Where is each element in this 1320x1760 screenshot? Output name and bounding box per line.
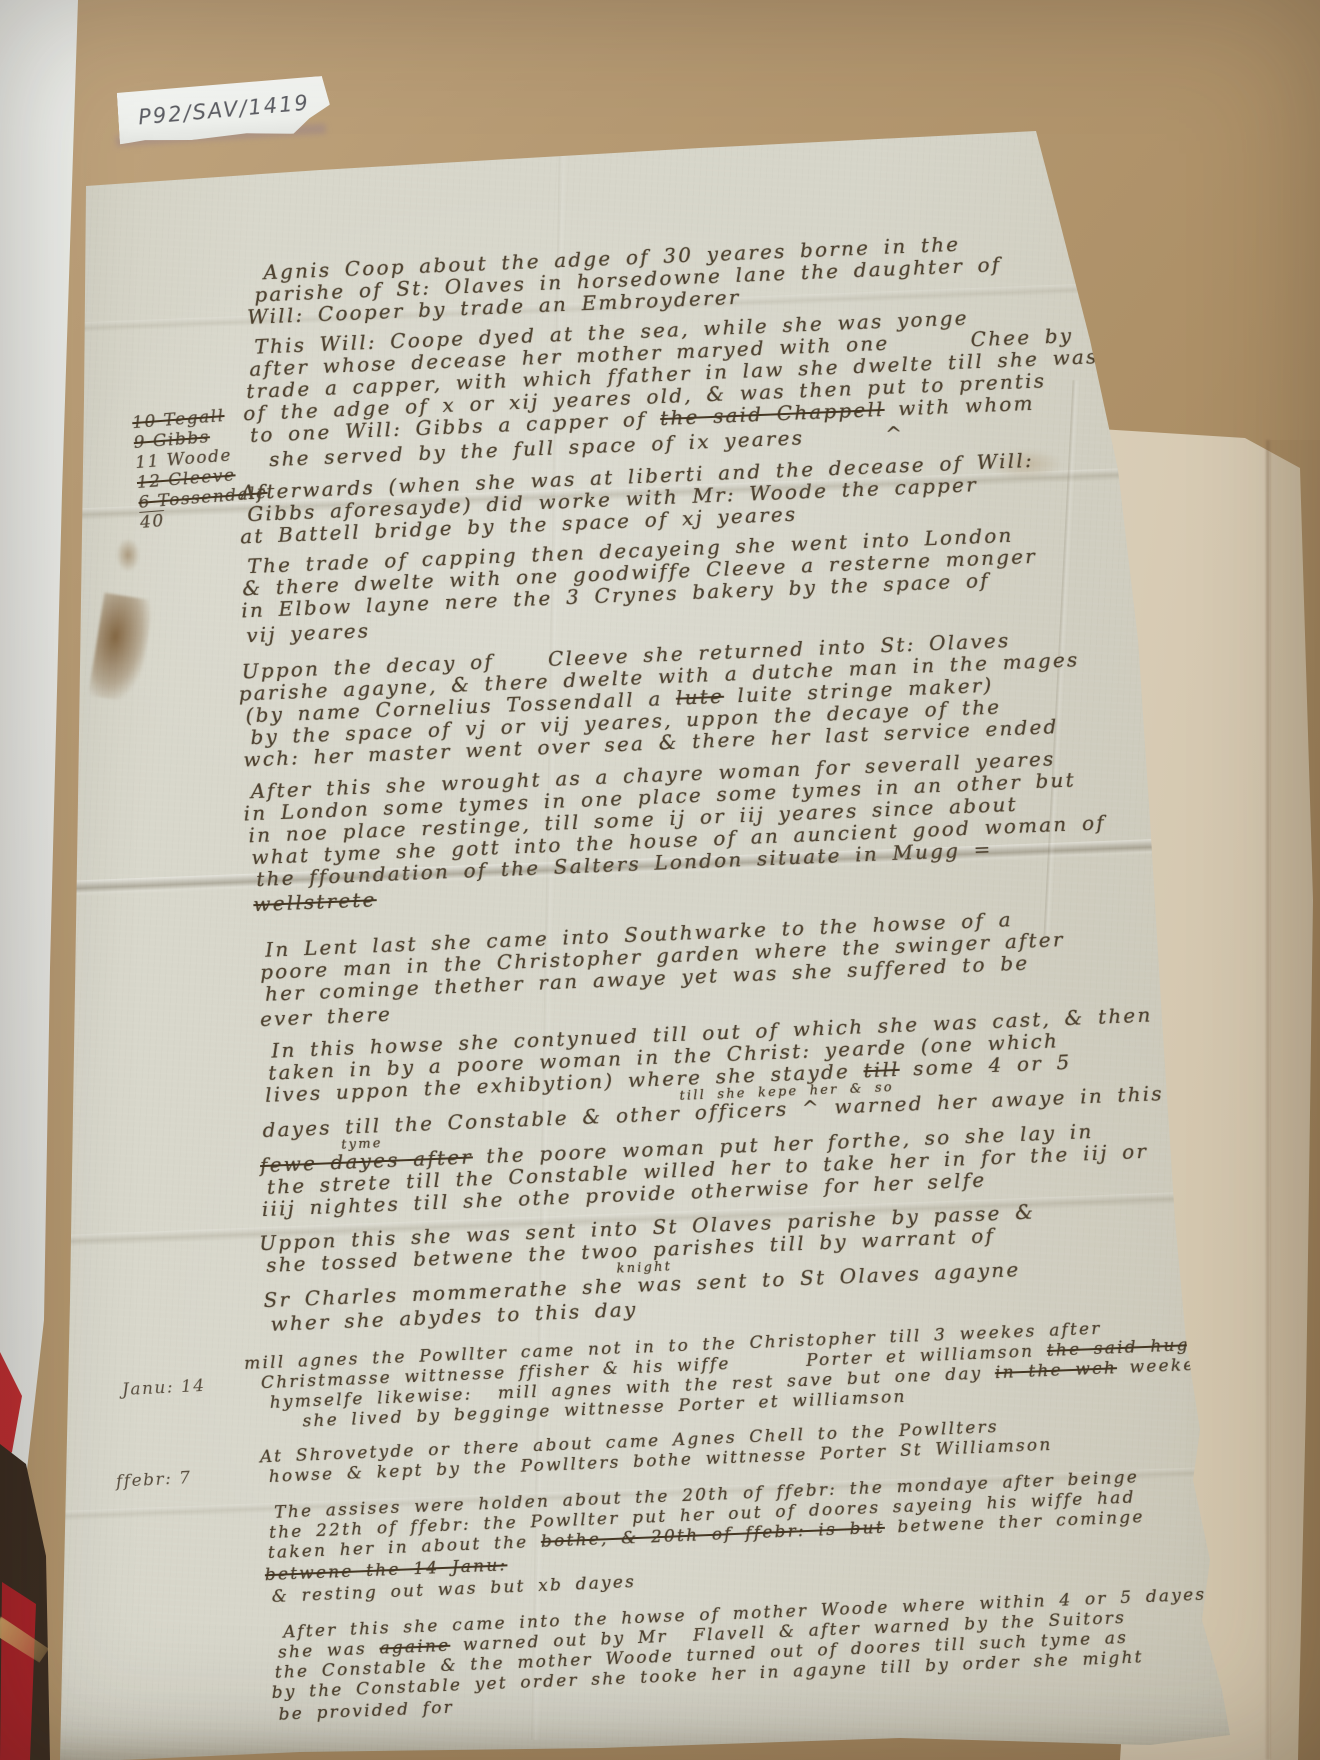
archive-label-text: P92/SAV/1419 <box>137 91 310 130</box>
photograph-of-manuscript: 10 Tegall9 Gibbs11 Woode12 Cleeve6 Tosse… <box>0 0 1320 1760</box>
manuscript-sheet: 10 Tegall9 Gibbs11 Woode12 Cleeve6 Tosse… <box>0 0 1320 1760</box>
attached-sheet-shading <box>1270 440 1320 1760</box>
